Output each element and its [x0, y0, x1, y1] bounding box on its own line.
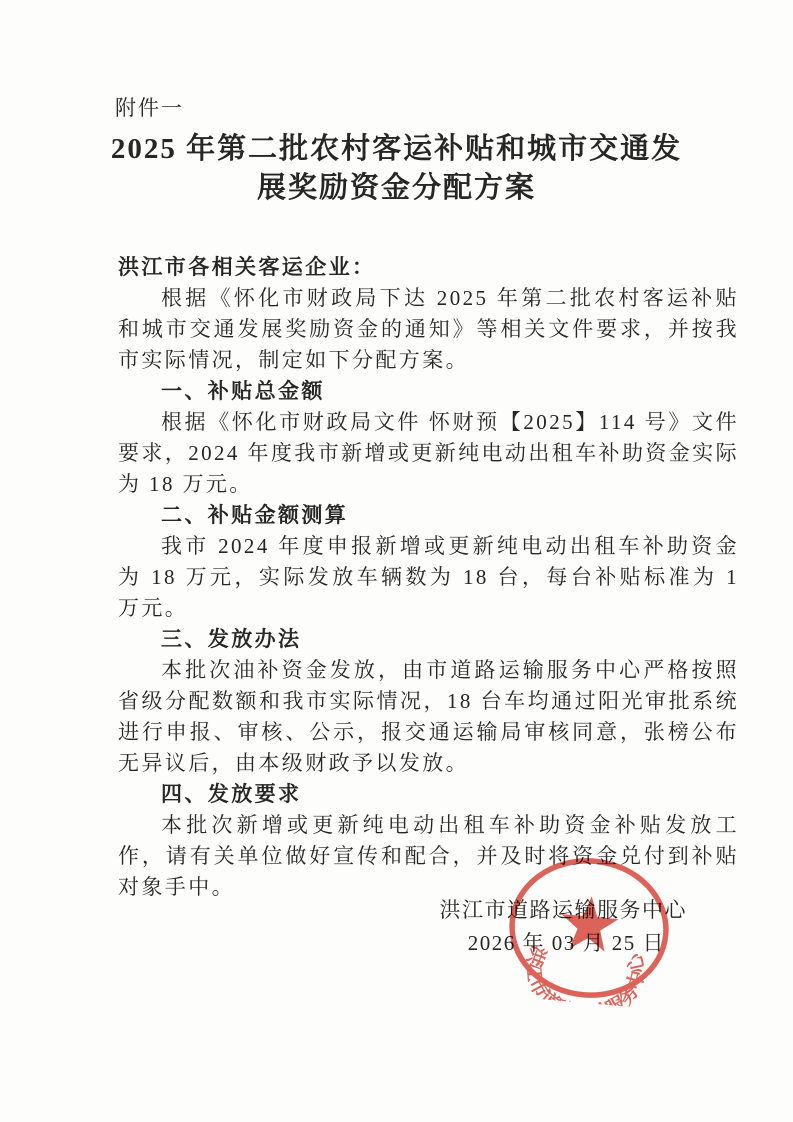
document-body: 洪江市各相关客运企业： 根据《怀化市财政局下达 2025 年第二批农村客运补贴和…	[118, 252, 739, 903]
signature-date: 2026 年 03 月 25 日	[0, 927, 793, 960]
paragraph-section-3: 本批次油补资金发放，由市道路运输服务中心严格按照省级分配数额和我市实际情况，18…	[118, 655, 739, 779]
paragraph-intro: 根据《怀化市财政局下达 2025 年第二批农村客运补贴和城市交通发展奖励资金的通…	[118, 283, 739, 376]
paragraph-section-2: 我市 2024 年度申报新增或更新纯电动出租车补助资金为 18 万元，实际发放车…	[118, 531, 739, 624]
attachment-label: 附件一	[115, 92, 184, 122]
section-heading-2: 二、补贴金额测算	[118, 500, 739, 531]
seal-text: 洪江市道路运输服务中心	[517, 940, 651, 1010]
official-seal-stamp: 洪江市道路运输服务中心	[499, 846, 679, 1010]
seal-star-icon	[559, 894, 621, 953]
section-heading-4: 四、发放要求	[118, 779, 739, 810]
section-heading-1: 一、补贴总金额	[118, 376, 739, 407]
seal-text-arc: 洪江市道路运输服务中心	[517, 940, 651, 1010]
document-title: 2025 年第二批农村客运补贴和城市交通发 展奖励资金分配方案	[0, 130, 793, 208]
title-line-2: 展奖励资金分配方案	[0, 169, 793, 208]
document-page: 附件一 2025 年第二批农村客运补贴和城市交通发 展奖励资金分配方案 洪江市各…	[0, 0, 793, 1122]
paragraph-section-1: 根据《怀化市财政局文件 怀财预【2025】114 号》文件要求，2024 年度我…	[118, 407, 739, 500]
title-line-1: 2025 年第二批农村客运补贴和城市交通发	[0, 130, 793, 169]
section-heading-3: 三、发放办法	[118, 624, 739, 655]
salutation-line: 洪江市各相关客运企业：	[118, 252, 739, 283]
